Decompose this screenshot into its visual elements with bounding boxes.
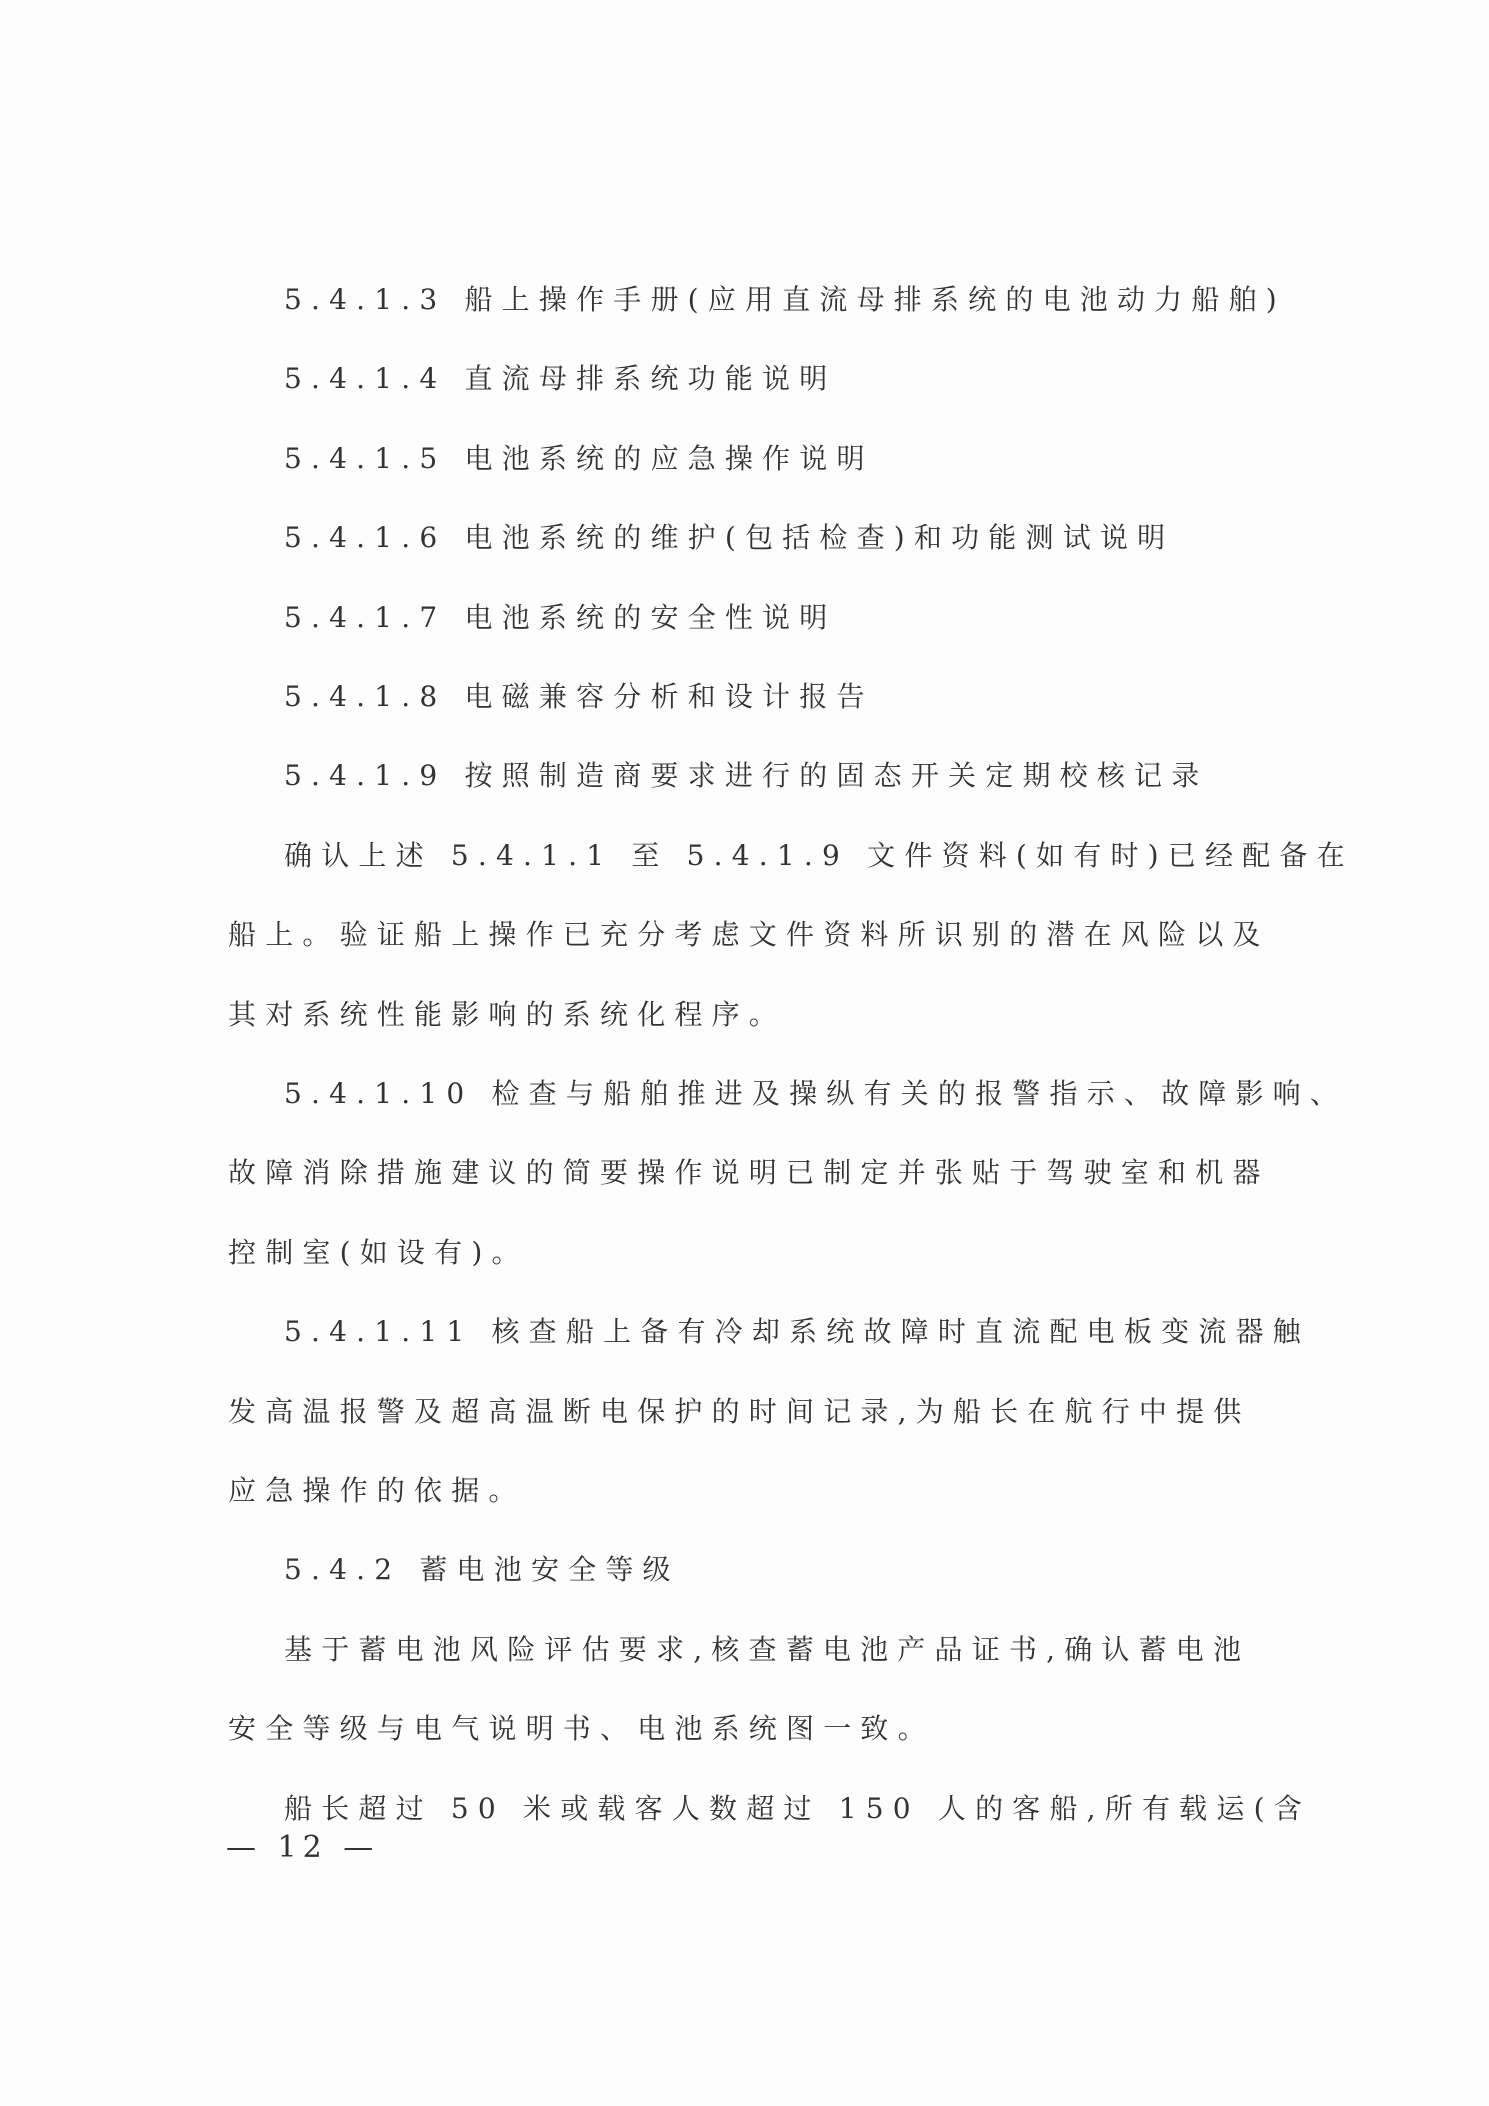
item-5-4-1-5: 5.4.1.5 电池系统的应急操作说明 [284,439,1344,479]
paragraph-confirm-line-2: 船上。验证船上操作已充分考虑文件资料所识别的潜在风险以及 [228,915,1288,955]
item-5-4-1-4: 5.4.1.4 直流母排系统功能说明 [284,359,1344,399]
item-5-4-1-7: 5.4.1.7 电池系统的安全性说明 [284,598,1344,638]
item-5-4-1-3: 5.4.1.3 船上操作手册(应用直流母排系统的电池动力船舶) [284,280,1344,320]
paragraph-passenger-line-1: 船长超过 50 米或载客人数超过 150 人的客船,所有载运(含 [284,1789,1344,1829]
paragraph-confirm-line-1: 确认上述 5.4.1.1 至 5.4.1.9 文件资料(如有时)已经配备在 [284,836,1344,876]
item-5-4-1-10-line-3: 控制室(如设有)。 [228,1233,1288,1273]
item-5-4-1-9: 5.4.1.9 按照制造商要求进行的固态开关定期校核记录 [284,756,1344,796]
page-number: — 12 — [226,1830,379,1866]
item-5-4-1-6: 5.4.1.6 电池系统的维护(包括检查)和功能测试说明 [284,518,1344,558]
item-5-4-1-11-line-2: 发高温报警及超高温断电保护的时间记录,为船长在航行中提供 [228,1392,1288,1432]
paragraph-battery-line-2: 安全等级与电气说明书、电池系统图一致。 [228,1709,1288,1749]
item-5-4-1-10-line-1: 5.4.1.10 检查与船舶推进及操纵有关的报警指示、故障影响、 [284,1074,1344,1114]
section-heading-5-4-2: 5.4.2 蓄电池安全等级 [284,1550,1344,1590]
item-5-4-1-10-line-2: 故障消除措施建议的简要操作说明已制定并张贴于驾驶室和机器 [228,1153,1288,1193]
item-5-4-1-11-line-1: 5.4.1.11 核查船上备有冷却系统故障时直流配电板变流器触 [284,1312,1344,1352]
paragraph-battery-line-1: 基于蓄电池风险评估要求,核查蓄电池产品证书,确认蓄电池 [284,1630,1344,1670]
item-5-4-1-11-line-3: 应急操作的依据。 [228,1471,1288,1511]
item-5-4-1-8: 5.4.1.8 电磁兼容分析和设计报告 [284,677,1344,717]
paragraph-confirm-line-3: 其对系统性能影响的系统化程序。 [228,995,1288,1035]
document-page: 5.4.1.3 船上操作手册(应用直流母排系统的电池动力船舶) 5.4.1.4 … [0,0,1489,2106]
